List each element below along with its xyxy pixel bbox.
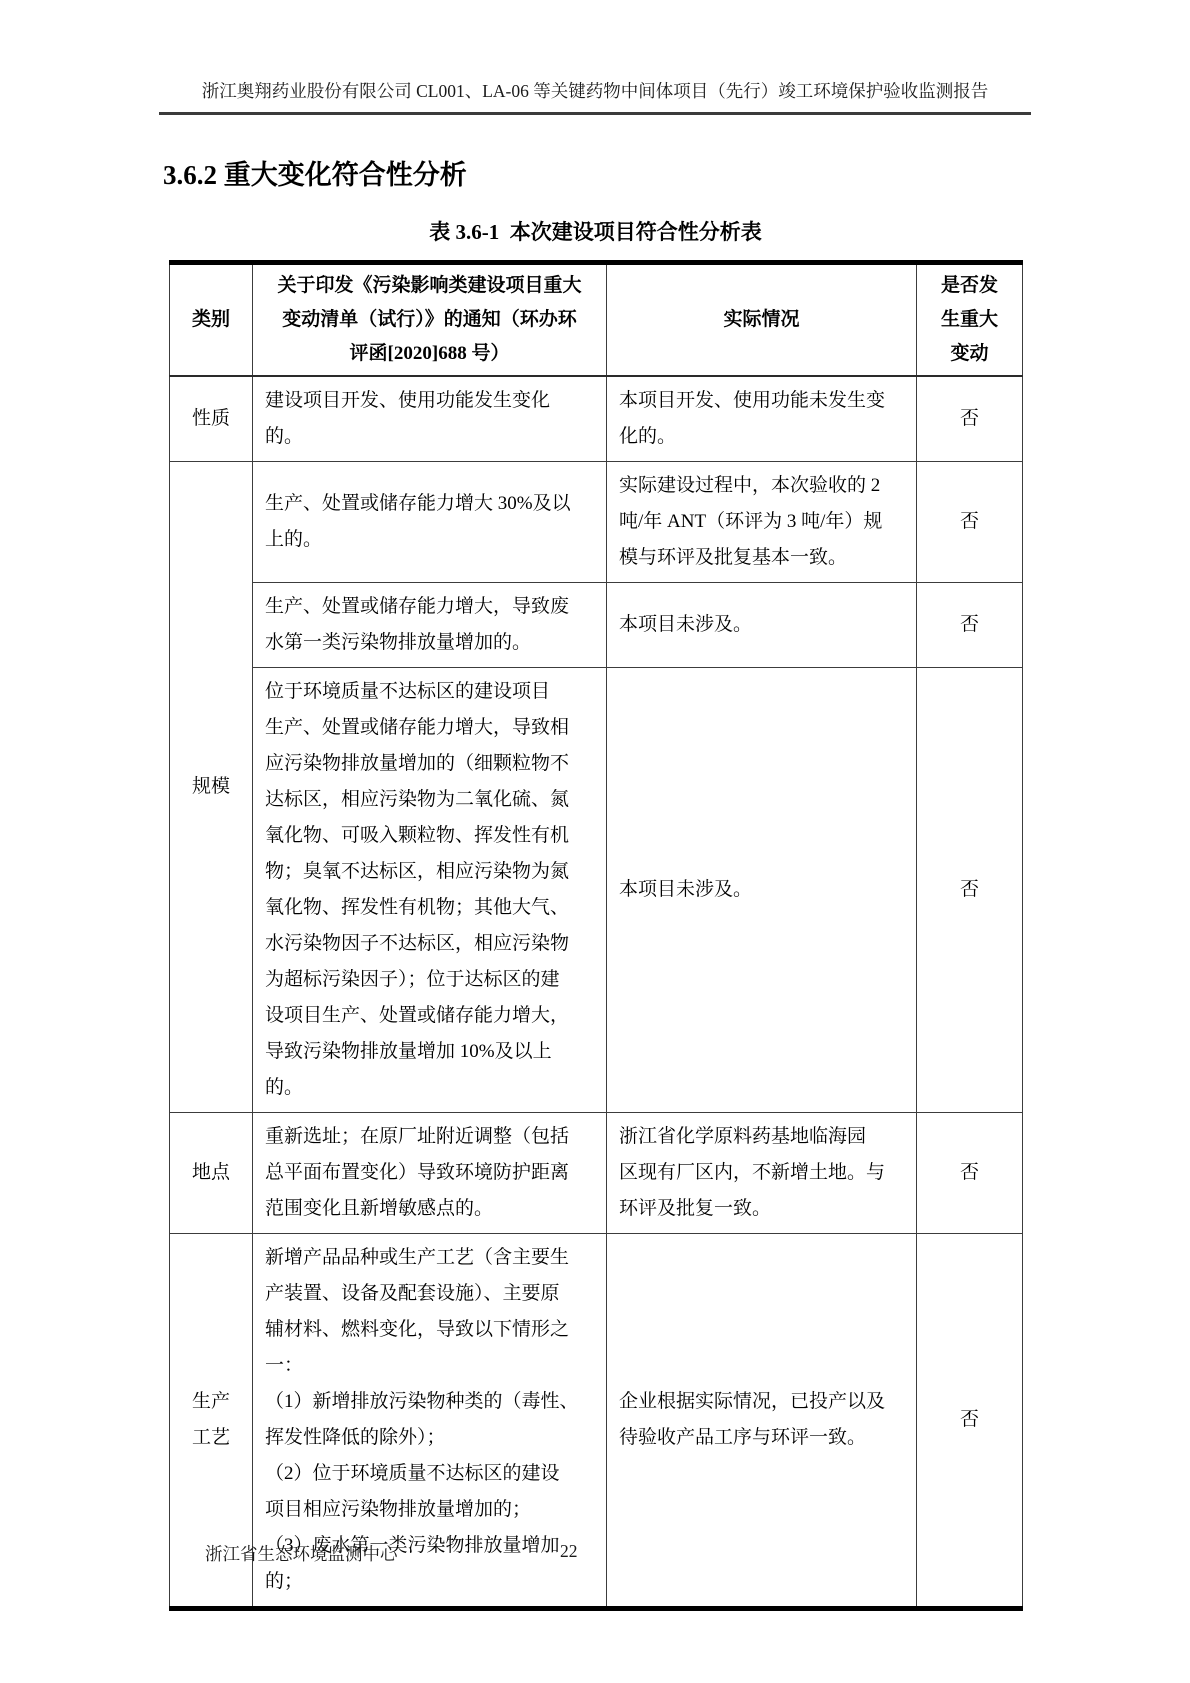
footer-organization: 浙江省生态环境监测中心 bbox=[205, 1541, 398, 1566]
column-header-criteria: 关于印发《污染影响类建设项目重大 变动清单（试行）》的通知（环办环 评函[202… bbox=[253, 263, 607, 377]
cell-category-scale: 规模 bbox=[170, 462, 253, 1113]
cell-major-nature: 否 bbox=[917, 376, 1023, 462]
compliance-table: 类别 关于印发《污染影响类建设项目重大 变动清单（试行）》的通知（环办环 评函[… bbox=[169, 260, 1023, 1611]
cell-major-process: 否 bbox=[917, 1234, 1023, 1609]
cell-major-scale-2: 否 bbox=[917, 583, 1023, 668]
cell-actual-scale-1: 实际建设过程中，本次验收的 2 吨/年 ANT（环评为 3 吨/年）规 模与环评… bbox=[607, 462, 917, 583]
report-page: 浙江奥翔药业股份有限公司 CL001、LA-06 等关键药物中间体项目（先行）竣… bbox=[0, 0, 1190, 1683]
column-header-major-change: 是否发 生重大 变动 bbox=[917, 263, 1023, 377]
cell-criteria-location: 重新选址；在原厂址附近调整（包括 总平面布置变化）导致环境防护距离 范围变化且新… bbox=[253, 1113, 607, 1234]
table-row-scale-2: 生产、处置或储存能力增大，导致废 水第一类污染物排放量增加的。 本项目未涉及。 … bbox=[170, 583, 1023, 668]
cell-major-scale-3: 否 bbox=[917, 668, 1023, 1113]
cell-actual-location: 浙江省化学原料药基地临海园 区现有厂区内，不新增土地。与 环评及批复一致。 bbox=[607, 1113, 917, 1234]
column-header-category: 类别 bbox=[170, 263, 253, 377]
section-heading: 3.6.2 重大变化符合性分析 bbox=[163, 153, 1190, 192]
cell-category-nature: 性质 bbox=[170, 376, 253, 462]
cell-actual-nature: 本项目开发、使用功能未发生变 化的。 bbox=[607, 376, 917, 462]
table-row-location: 地点 重新选址；在原厂址附近调整（包括 总平面布置变化）导致环境防护距离 范围变… bbox=[170, 1113, 1023, 1234]
cell-criteria-nature: 建设项目开发、使用功能发生变化 的。 bbox=[253, 376, 607, 462]
page-header: 浙江奥翔药业股份有限公司 CL001、LA-06 等关键药物中间体项目（先行）竣… bbox=[0, 0, 1190, 115]
cell-category-location: 地点 bbox=[170, 1113, 253, 1234]
cell-criteria-scale-3: 位于环境质量不达标区的建设项目 生产、处置或储存能力增大，导致相 应污染物排放量… bbox=[253, 668, 607, 1113]
table-row-scale-3: 位于环境质量不达标区的建设项目 生产、处置或储存能力增大，导致相 应污染物排放量… bbox=[170, 668, 1023, 1113]
cell-major-location: 否 bbox=[917, 1113, 1023, 1234]
table-caption: 表 3.6-1 本次建设项目符合性分析表 bbox=[169, 216, 1022, 246]
header-divider bbox=[159, 112, 1031, 115]
table-header-row: 类别 关于印发《污染影响类建设项目重大 变动清单（试行）》的通知（环办环 评函[… bbox=[170, 263, 1023, 377]
column-header-actual: 实际情况 bbox=[607, 263, 917, 377]
footer-page-number: 22 bbox=[560, 1541, 578, 1562]
table-row-nature: 性质 建设项目开发、使用功能发生变化 的。 本项目开发、使用功能未发生变 化的。… bbox=[170, 376, 1023, 462]
cell-criteria-scale-1: 生产、处置或储存能力增大 30%及以 上的。 bbox=[253, 462, 607, 583]
page-header-title: 浙江奥翔药业股份有限公司 CL001、LA-06 等关键药物中间体项目（先行）竣… bbox=[0, 78, 1190, 103]
cell-major-scale-1: 否 bbox=[917, 462, 1023, 583]
cell-criteria-scale-2: 生产、处置或储存能力增大，导致废 水第一类污染物排放量增加的。 bbox=[253, 583, 607, 668]
cell-actual-scale-2: 本项目未涉及。 bbox=[607, 583, 917, 668]
table-row-scale-1: 规模 生产、处置或储存能力增大 30%及以 上的。 实际建设过程中，本次验收的 … bbox=[170, 462, 1023, 583]
cell-actual-scale-3: 本项目未涉及。 bbox=[607, 668, 917, 1113]
cell-actual-process: 企业根据实际情况，已投产以及 待验收产品工序与环评一致。 bbox=[607, 1234, 917, 1609]
